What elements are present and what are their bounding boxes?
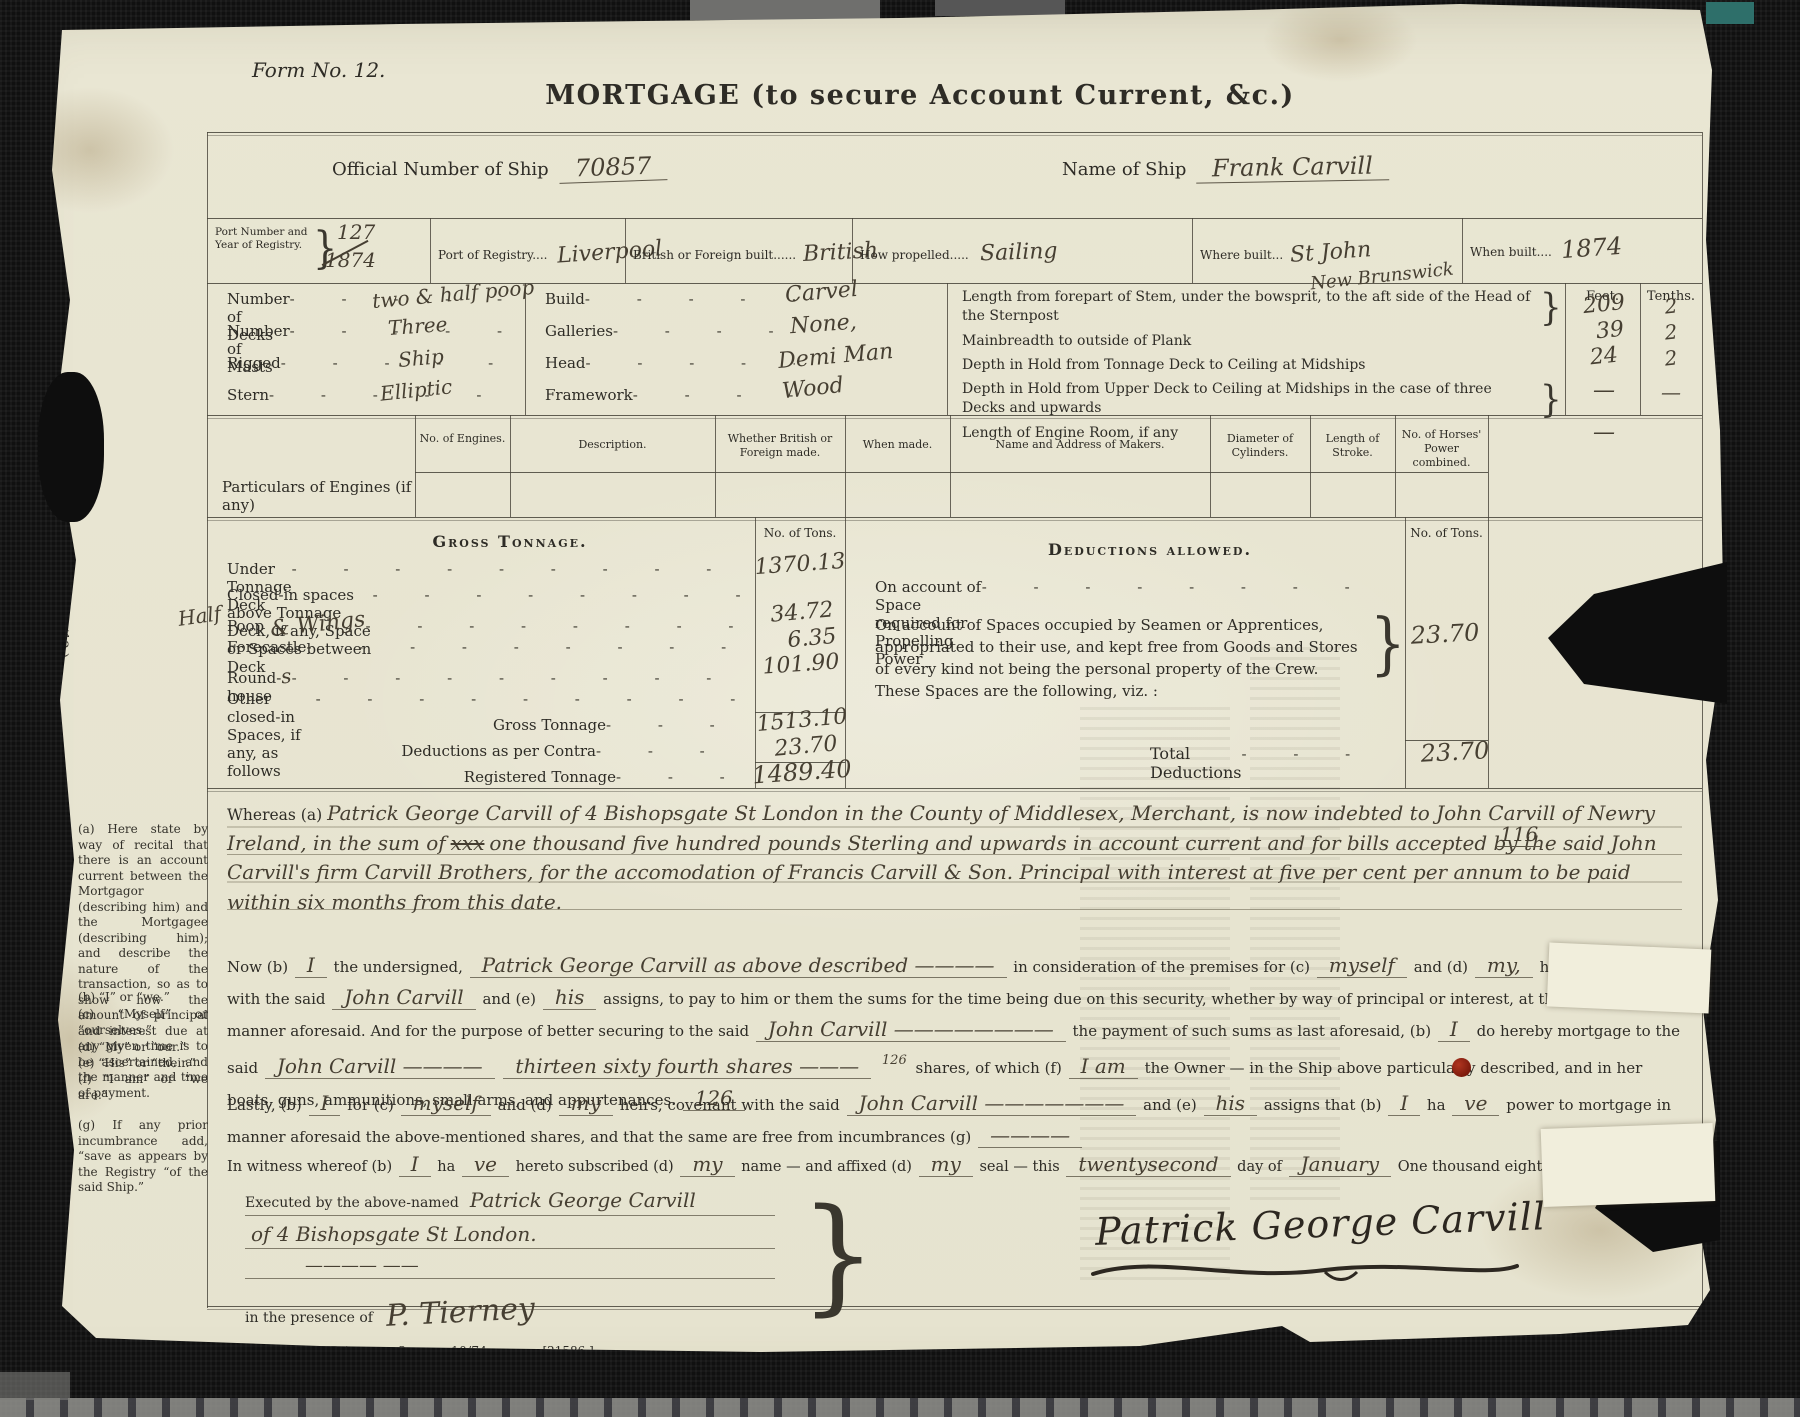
printer-line: Eyre & Spottiswoode, Her Majesty's Print… [95, 1344, 491, 1358]
measurement-brace: } [1540, 286, 1562, 330]
port-number-value: 127 [337, 220, 375, 244]
engines-col-header: Whether British or Foreign made. [717, 432, 843, 460]
particular-row: Head - - - - - - - - - - - - - - - - - -… [545, 354, 795, 372]
margin-note-b: (b) “I” or “we.” [78, 990, 208, 1006]
engines-col-header: Length of Stroke. [1312, 432, 1393, 460]
margin-note-c: (c) “Myself” or “ourselves.” [78, 1007, 208, 1038]
executed-blank-line: ———— —— [305, 1255, 419, 1276]
registry-cell-port-number: Port Number and Year of Registry. } 127 … [215, 226, 425, 286]
framework-label: Framework [545, 386, 633, 404]
scanned-mortgage-document: Form No. 12. MORTGAGE (to secure Account… [0, 0, 1800, 1417]
where-built-value: St John [1289, 237, 1372, 268]
tonnage-row-suffix: & Wings [269, 607, 366, 642]
framework-value: Wood [781, 373, 845, 404]
tonnage-total-row: Registered Tonnage - - - - - - - - - - -… [420, 768, 746, 786]
ship-name-row: Name of Ship Frank Carvill [1062, 153, 1389, 182]
scanner-bed-patch [690, 0, 880, 20]
build-label: Build [545, 290, 585, 308]
particular-row: Framework - - - - - - - - - - - - - - - … [545, 386, 795, 404]
particular-row: Build - - - - - - - - - - - - - - - - - … [545, 290, 795, 308]
tonnage-row-prefix: Half [177, 601, 223, 631]
scanner-bed-patch [935, 0, 1065, 16]
propelled-value: Sailing [979, 239, 1057, 267]
engines-col-header: Name and Address of Makers. [952, 438, 1208, 452]
port-number-label: Port Number and Year of Registry. [215, 226, 311, 252]
rigged-label: Rigged [227, 354, 281, 372]
ship-name-label: Name of Ship [1062, 159, 1186, 180]
tonnage-total-label: Gross Tonnage [493, 716, 606, 734]
engines-col-header: No. of Horses' Power combined. [1397, 428, 1486, 470]
lastly-paragraph: Lastly, (b) I for (c) myself and (d) my … [227, 1088, 1682, 1152]
executed-block: Executed by the above-named Patrick Geor… [245, 1188, 775, 1332]
torn-paper-flap [1547, 942, 1712, 1013]
official-number-row: Official Number of Ship 70857 [332, 153, 667, 182]
total-deductions-label: Total Deductions [1150, 744, 1242, 782]
galleries-value: None, [789, 310, 857, 340]
form-number: Form No. 12. [252, 58, 385, 82]
dash-leader: - - - - - - - - - - - - - - - - - - - - … [316, 690, 747, 708]
measurement-feet: — [1572, 420, 1636, 445]
tonnage-row-label: Poop [227, 617, 264, 635]
side-form-ref: No. 464.—(12.) [55, 558, 70, 658]
ship-name-value: Frank Carvill [1196, 151, 1389, 183]
dash-leader: - - - - - - - - - - - - - - - - - - - - … [366, 617, 747, 635]
tons-column-header: No. of Tons. [1407, 526, 1486, 542]
tonnage-row-suffix: s [280, 664, 293, 689]
stern-label: Stern [227, 386, 269, 404]
port-of-registry-label: Port of Registry.... [438, 248, 547, 262]
tonnage-total-label: Deductions as per Contra [401, 742, 596, 760]
executed-name: Patrick George Carvill [470, 1188, 696, 1212]
engines-col-header: Description. [512, 438, 713, 452]
total-deductions-value: 23.70 [1399, 735, 1510, 769]
registry-cell-propelled: How propelled..... Sailing [860, 240, 1057, 265]
printer-imprint: Eyre & Spottiswoode, Her Majesty's Print… [95, 1340, 594, 1360]
witnessed-by-label: in the presence of [245, 1310, 373, 1326]
total-deductions-row: Total Deductions - - - - - - - - - - - -… [1150, 744, 1396, 782]
tonnage-total-row: Gross Tonnage - - - - - - - - - - - - - … [430, 716, 746, 734]
measurement-label: Length from forepart of Stem, under the … [962, 288, 1537, 326]
margin-note-f: (f) “I am” or “we are.” [78, 1072, 208, 1103]
dash-leader: - - - - - - - - - - - - - - - - - - - - … [616, 768, 746, 786]
masts-value: Three [387, 312, 448, 340]
galleries-label: Galleries [545, 322, 613, 340]
registry-cell-where-built: Where built... St John New Brunswick [1200, 240, 1460, 265]
engines-col-header: When made. [847, 438, 948, 452]
dash-leader: - - - - - - - - - - - - - - - - - - - - … [306, 638, 747, 656]
margin-note-g: (g) If any prior incumbrance add, “save … [78, 1118, 208, 1196]
tonnage-total-row: Deductions as per Contra - - - - - - - -… [370, 742, 746, 760]
deductions-title: Deductions allowed. [940, 540, 1360, 559]
margin-amount-note: 116 [1496, 822, 1542, 847]
official-number-label: Official Number of Ship [332, 159, 549, 180]
deduction-row2-value: 23.70 [1397, 618, 1492, 651]
when-built-value: 1874 [1560, 232, 1623, 264]
executed-label: Executed by the above-named [245, 1195, 459, 1211]
engines-row-label: Particulars of Engines (if any) [222, 478, 412, 514]
rigged-value: Ship [397, 344, 445, 372]
registry-cell-built: British or Foreign built...... British [633, 240, 878, 265]
witness-clause: In witness whereof (b) I ha ve hereto su… [227, 1150, 1682, 1181]
engines-col-header: No. of Engines. [417, 432, 508, 446]
dash-leader: - - - - - - - - - - - - - - - - - - - - … [606, 716, 746, 734]
tonnage-row-label: Forecastle [227, 638, 306, 656]
tonnage-row: Other closed-in Spaces, if any, as follo… [227, 690, 747, 780]
dash-leader: - - - - - - - - - - - - - - - - - - - - … [586, 354, 795, 372]
particular-row: Stern - - - - - - - - - - - - - - - - - … [227, 386, 517, 404]
measurement-tenths: 2 [1645, 317, 1697, 346]
tonnage-total-label: Registered Tonnage [464, 768, 616, 786]
witness-signature: P. Tierney [385, 1291, 536, 1334]
deduction-row2-label: On account of Spaces occupied by Seamen … [875, 614, 1365, 702]
measurement-label: Depth in Hold from Upper Deck to Ceiling… [962, 380, 1537, 418]
measurement-label: Mainbreadth to outside of Plank [962, 332, 1537, 351]
gross-tonnage-title: Gross Tonnage. [300, 532, 720, 551]
where-built-label: Where built... [1200, 248, 1283, 262]
margin-note-d: (d) “My” or “our.” [78, 1040, 208, 1056]
measurement-tenths: — [1646, 380, 1696, 404]
printer-ref: [21586.] [542, 1344, 593, 1358]
tonnage-row: Poop & Wings - - - - - - - - - - - - - -… [227, 612, 747, 637]
dash-leader: - - - - - - - - - - - - - - - - - - - - … [585, 290, 795, 308]
particular-row: Galleries - - - - - - - - - - - - - - - … [545, 322, 795, 340]
executed-brace: } [800, 1183, 876, 1329]
executed-address: of 4 Bishopsgate St London. [251, 1222, 537, 1246]
when-built-label: When built.... [1470, 245, 1552, 259]
head-value: Demi Man [777, 339, 894, 374]
wax-seal [1452, 1058, 1471, 1077]
scanner-bottom-strip [0, 1398, 1800, 1417]
torn-edge [38, 372, 104, 522]
measurement-tenths: 2 [1645, 343, 1697, 372]
dash-leader: - - - - - - - - - - - - - - - - - - - - … [613, 322, 795, 340]
tons-column-header: No. of Tons. [757, 526, 843, 542]
whereas-paragraph: Whereas (a) Patrick George Carvill of 4 … [227, 800, 1682, 918]
dash-leader: - - - - - - - - - - - - - - - - - - - - … [1242, 745, 1397, 763]
official-number-value: 70857 [558, 151, 667, 184]
registry-cell-when-built: When built.... 1874 [1470, 234, 1622, 262]
torn-paper-flap [1541, 1123, 1716, 1207]
tonnage-row-value: 1370.13 [749, 549, 851, 581]
built-label: British or Foreign built...... [633, 248, 796, 262]
dash-leader: - - - - - - - - - - - - - - - - - - - - … [596, 742, 746, 760]
document-paper: Form No. 12. MORTGAGE (to secure Account… [0, 0, 1800, 1400]
dash-leader: - - - - - - - - - - - - - - - - - - - - … [633, 386, 795, 404]
margin-note-e: (e) “His” or “their.” [78, 1056, 208, 1072]
registry-cell-port-of-registry: Port of Registry.... Liverpool [438, 240, 662, 265]
dash-leader: - - - - - - - - - - - - - - - - - - - - … [292, 560, 747, 578]
dash-leader: - - - - - - - - - - - - - - - - - - - - … [373, 586, 747, 604]
tonnage-row: Forecastle - - - - - - - - - - - - - - -… [227, 638, 747, 656]
scanner-color-tab [1706, 2, 1754, 24]
scanner-bed-patch [0, 1372, 70, 1400]
signature-flourish [1085, 1248, 1525, 1294]
measurement-tenths: 2 [1645, 291, 1697, 320]
measurement-feet: — [1572, 378, 1636, 403]
engines-col-header: Diameter of Cylinders. [1212, 432, 1308, 460]
tonnage-row-label: Other closed-in Spaces, if any, as follo… [227, 690, 316, 780]
build-value: Carvel [784, 277, 859, 308]
head-label: Head [545, 354, 586, 372]
page-title: MORTGAGE (to secure Account Current, &c.… [360, 80, 1480, 111]
propelled-label: How propelled..... [860, 248, 969, 262]
particular-row: Rigged - - - - - - - - - - - - - - - - -… [227, 354, 517, 372]
dash-leader: - - - - - - - - - - - - - - - - - - - - … [292, 669, 747, 687]
dash-leader: - - - - - - - - - - - - - - - - - - - - … [982, 578, 1395, 596]
measurement-label: Depth in Hold from Tonnage Deck to Ceili… [962, 356, 1537, 375]
measurement-feet: 24 [1571, 341, 1637, 373]
